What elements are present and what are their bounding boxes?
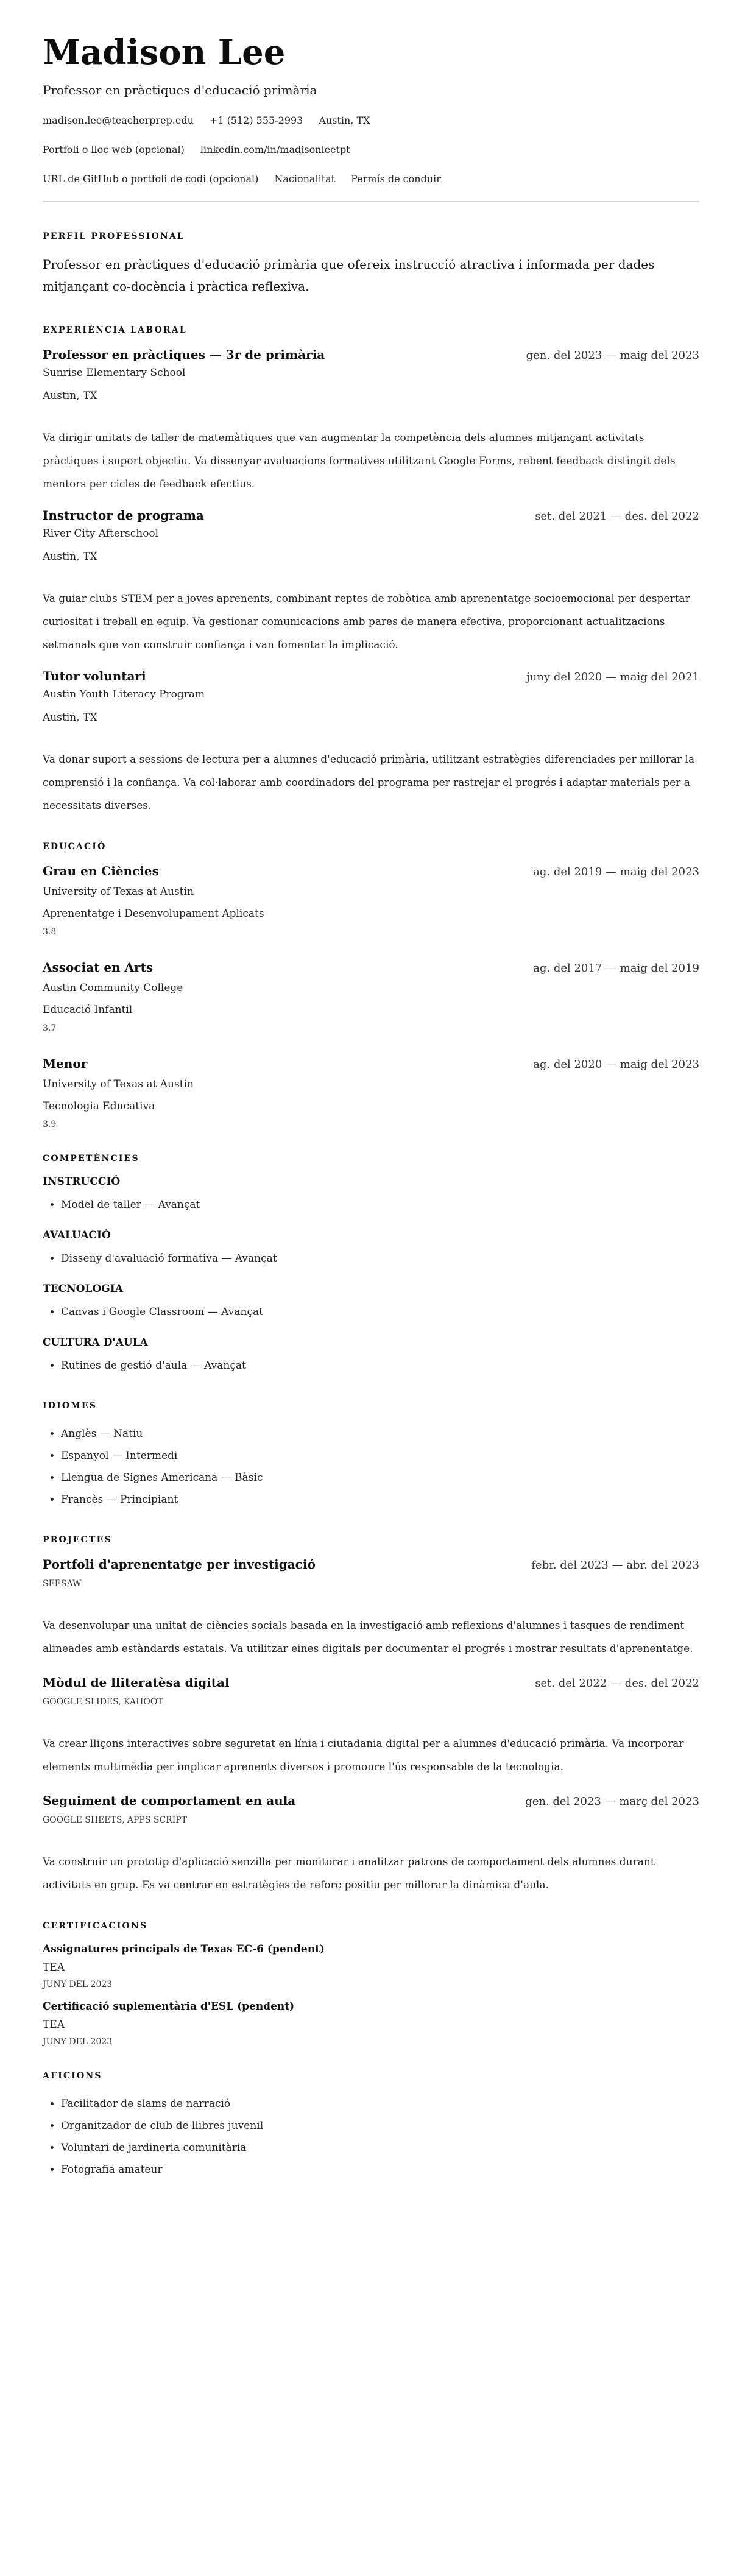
experience-item: Tutor voluntari juny del 2020 — maig del… — [43, 669, 699, 817]
job-company: Austin Youth Literacy Program — [43, 686, 699, 703]
experience-item: Professor en pràctiques — 3r de primària… — [43, 347, 699, 496]
contact-github[interactable]: URL de GitHub o portfoli de codi (opcion… — [43, 173, 258, 185]
degree-title: Grau en Ciències — [43, 864, 159, 878]
skill-group-title: Tecnologia — [43, 1283, 699, 1295]
project-date: febr. del 2023 — abr. del 2023 — [531, 1559, 699, 1572]
skill-group-title: Instrucció — [43, 1176, 699, 1188]
skill-group: Cultura d'aula Rutines de gestió d'aula … — [43, 1336, 699, 1377]
section-title: Perfil professional — [43, 231, 699, 241]
experience-item: Instructor de programa set. del 2021 — d… — [43, 508, 699, 657]
field-of-study: Tecnologia Educativa — [43, 1098, 699, 1115]
skill-group: Avaluació Disseny d'avaluació formativa … — [43, 1229, 699, 1269]
certification-issuer: TEA — [43, 2019, 699, 2031]
job-company: River City Afterschool — [43, 525, 699, 542]
job-location: Austin, TX — [43, 709, 699, 726]
project-item: Seguiment de comportament en aula gen. d… — [43, 1793, 699, 1897]
contact-row: madison.lee@teacherprep.edu+1 (512) 555-… — [43, 113, 699, 128]
section-summary: Perfil professional Professor en pràctiq… — [43, 231, 699, 297]
project-description: Va crear lliçons interactives sobre segu… — [43, 1732, 699, 1779]
job-description: Va guiar clubs STEM per a joves aprenent… — [43, 587, 699, 657]
field-of-study: Aprenentatge i Desenvolupament Aplicats — [43, 905, 699, 922]
contact-location: Austin, TX — [319, 115, 370, 126]
certification-name: Assignatures principals de Texas EC-6 (p… — [43, 1943, 699, 1955]
language-item: Llengua de Signes Americana — Bàsic — [61, 1467, 699, 1489]
project-tech: Seesaw — [43, 1579, 699, 1589]
project-title: Mòdul de lliteratèsa digital — [43, 1675, 230, 1690]
contact-nationality: Nacionalitat — [274, 173, 335, 185]
job-description: Va donar suport a sessions de lectura pe… — [43, 748, 699, 817]
education-date: ag. del 2019 — maig del 2023 — [533, 866, 699, 878]
contact-linkedin[interactable]: linkedin.com/in/madisonleetpt — [200, 144, 350, 155]
section-title: Educació — [43, 842, 699, 852]
certification-date: Juny del 2023 — [43, 1980, 699, 1989]
section-title: Aficions — [43, 2071, 699, 2081]
education-item: Menor ag. del 2020 — maig del 2023 Unive… — [43, 1056, 699, 1129]
skill-group-title: Avaluació — [43, 1229, 699, 1241]
school-name: University of Texas at Austin — [43, 1076, 699, 1093]
project-item: Portfoli d'aprenentatge per investigació… — [43, 1557, 699, 1660]
job-location: Austin, TX — [43, 387, 699, 404]
contact-email[interactable]: madison.lee@teacherprep.edu — [43, 115, 194, 126]
education-item: Grau en Ciències ag. del 2019 — maig del… — [43, 864, 699, 937]
project-date: set. del 2022 — des. del 2022 — [535, 1677, 699, 1690]
school-name: Austin Community College — [43, 979, 699, 997]
hobby-item: Fotografia amateur — [61, 2159, 699, 2181]
certification-item: Certificació suplementària d'ESL (penden… — [43, 2000, 699, 2047]
section-title: Certificacions — [43, 1921, 699, 1931]
contact-row: URL de GitHub o portfoli de codi (opcion… — [43, 172, 699, 186]
certification-issuer: TEA — [43, 1961, 699, 1974]
language-item: Anglès — Natiu — [61, 1423, 699, 1445]
summary-text: Professor en pràctiques d'educació primà… — [43, 253, 699, 297]
project-description: Va desenvolupar una unitat de ciències s… — [43, 1614, 699, 1660]
certification-date: Juny del 2023 — [43, 2037, 699, 2047]
contact-row: Portfoli o lloc web (opcional)linkedin.c… — [43, 143, 699, 157]
section-certifications: Certificacions Assignatures principals d… — [43, 1921, 699, 2047]
section-title: Experiència laboral — [43, 325, 699, 335]
hobby-item: Voluntari de jardineria comunitària — [61, 2137, 699, 2159]
language-item: Espanyol — Intermedi — [61, 1445, 699, 1467]
contact-phone[interactable]: +1 (512) 555-2993 — [210, 115, 303, 126]
skill-item: Canvas i Google Classroom — Avançat — [61, 1301, 699, 1323]
gpa: 3.7 — [43, 1023, 699, 1033]
project-tech: Google Sheets, Apps Script — [43, 1815, 699, 1825]
project-item: Mòdul de lliteratèsa digital set. del 20… — [43, 1675, 699, 1779]
skill-group: Tecnologia Canvas i Google Classroom — A… — [43, 1283, 699, 1323]
job-location: Austin, TX — [43, 548, 699, 565]
section-title: Competències — [43, 1154, 699, 1163]
candidate-name: Madison Lee — [43, 34, 699, 72]
header-divider — [43, 201, 699, 202]
contact-driving-license: Permís de conduir — [351, 173, 441, 185]
degree-title: Menor — [43, 1056, 87, 1071]
contact-portfolio[interactable]: Portfoli o lloc web (opcional) — [43, 144, 185, 155]
section-education: Educació Grau en Ciències ag. del 2019 —… — [43, 842, 699, 1129]
hobby-item: Facilitador de slams de narració — [61, 2093, 699, 2115]
job-date: juny del 2020 — maig del 2021 — [526, 671, 699, 683]
job-title: Professor en pràctiques — 3r de primària — [43, 347, 325, 362]
section-title: Idiomes — [43, 1401, 699, 1411]
section-languages: Idiomes Anglès — Natiu Espanyol — Interm… — [43, 1401, 699, 1511]
gpa: 3.9 — [43, 1120, 699, 1129]
skill-item: Model de taller — Avançat — [61, 1194, 699, 1216]
resume-page: Madison Lee Professor en pràctiques d'ed… — [0, 0, 731, 2229]
hobby-list: Facilitador de slams de narració Organit… — [43, 2093, 699, 2181]
job-date: set. del 2021 — des. del 2022 — [535, 510, 699, 523]
skill-group-title: Cultura d'aula — [43, 1336, 699, 1349]
project-title: Seguiment de comportament en aula — [43, 1793, 295, 1808]
skill-item: Disseny d'avaluació formativa — Avançat — [61, 1247, 699, 1269]
skill-item: Rutines de gestió d'aula — Avançat — [61, 1355, 699, 1377]
degree-title: Associat en Arts — [43, 960, 153, 975]
project-title: Portfoli d'aprenentatge per investigació — [43, 1557, 316, 1572]
job-company: Sunrise Elementary School — [43, 364, 699, 381]
education-item: Associat en Arts ag. del 2017 — maig del… — [43, 960, 699, 1033]
job-date: gen. del 2023 — maig del 2023 — [526, 349, 699, 362]
education-date: ag. del 2020 — maig del 2023 — [533, 1058, 699, 1071]
language-list: Anglès — Natiu Espanyol — Intermedi Llen… — [43, 1423, 699, 1511]
project-tech: Google Slides, Kahoot — [43, 1697, 699, 1707]
school-name: University of Texas at Austin — [43, 883, 699, 900]
section-hobbies: Aficions Facilitador de slams de narraci… — [43, 2071, 699, 2181]
education-date: ag. del 2017 — maig del 2019 — [533, 962, 699, 975]
job-title: Tutor voluntari — [43, 669, 146, 683]
project-description: Va construir un prototip d'aplicació sen… — [43, 1851, 699, 1897]
language-item: Francès — Principiant — [61, 1489, 699, 1511]
field-of-study: Educació Infantil — [43, 1001, 699, 1018]
section-experience: Experiència laboral Professor en pràctiq… — [43, 325, 699, 817]
section-projects: Projectes Portfoli d'aprenentatge per in… — [43, 1535, 699, 1897]
section-title: Projectes — [43, 1535, 699, 1545]
certification-name: Certificació suplementària d'ESL (penden… — [43, 2000, 699, 2013]
job-description: Va dirigir unitats de taller de matemàti… — [43, 426, 699, 496]
project-date: gen. del 2023 — març del 2023 — [525, 1795, 699, 1808]
skill-group: Instrucció Model de taller — Avançat — [43, 1176, 699, 1216]
hobby-item: Organitzador de club de llibres juvenil — [61, 2115, 699, 2137]
certification-item: Assignatures principals de Texas EC-6 (p… — [43, 1943, 699, 1989]
section-skills: Competències Instrucció Model de taller … — [43, 1154, 699, 1377]
candidate-headline: Professor en pràctiques d'educació primà… — [43, 83, 699, 97]
resume-header: Madison Lee Professor en pràctiques d'ed… — [43, 34, 699, 186]
job-title: Instructor de programa — [43, 508, 204, 523]
gpa: 3.8 — [43, 927, 699, 937]
